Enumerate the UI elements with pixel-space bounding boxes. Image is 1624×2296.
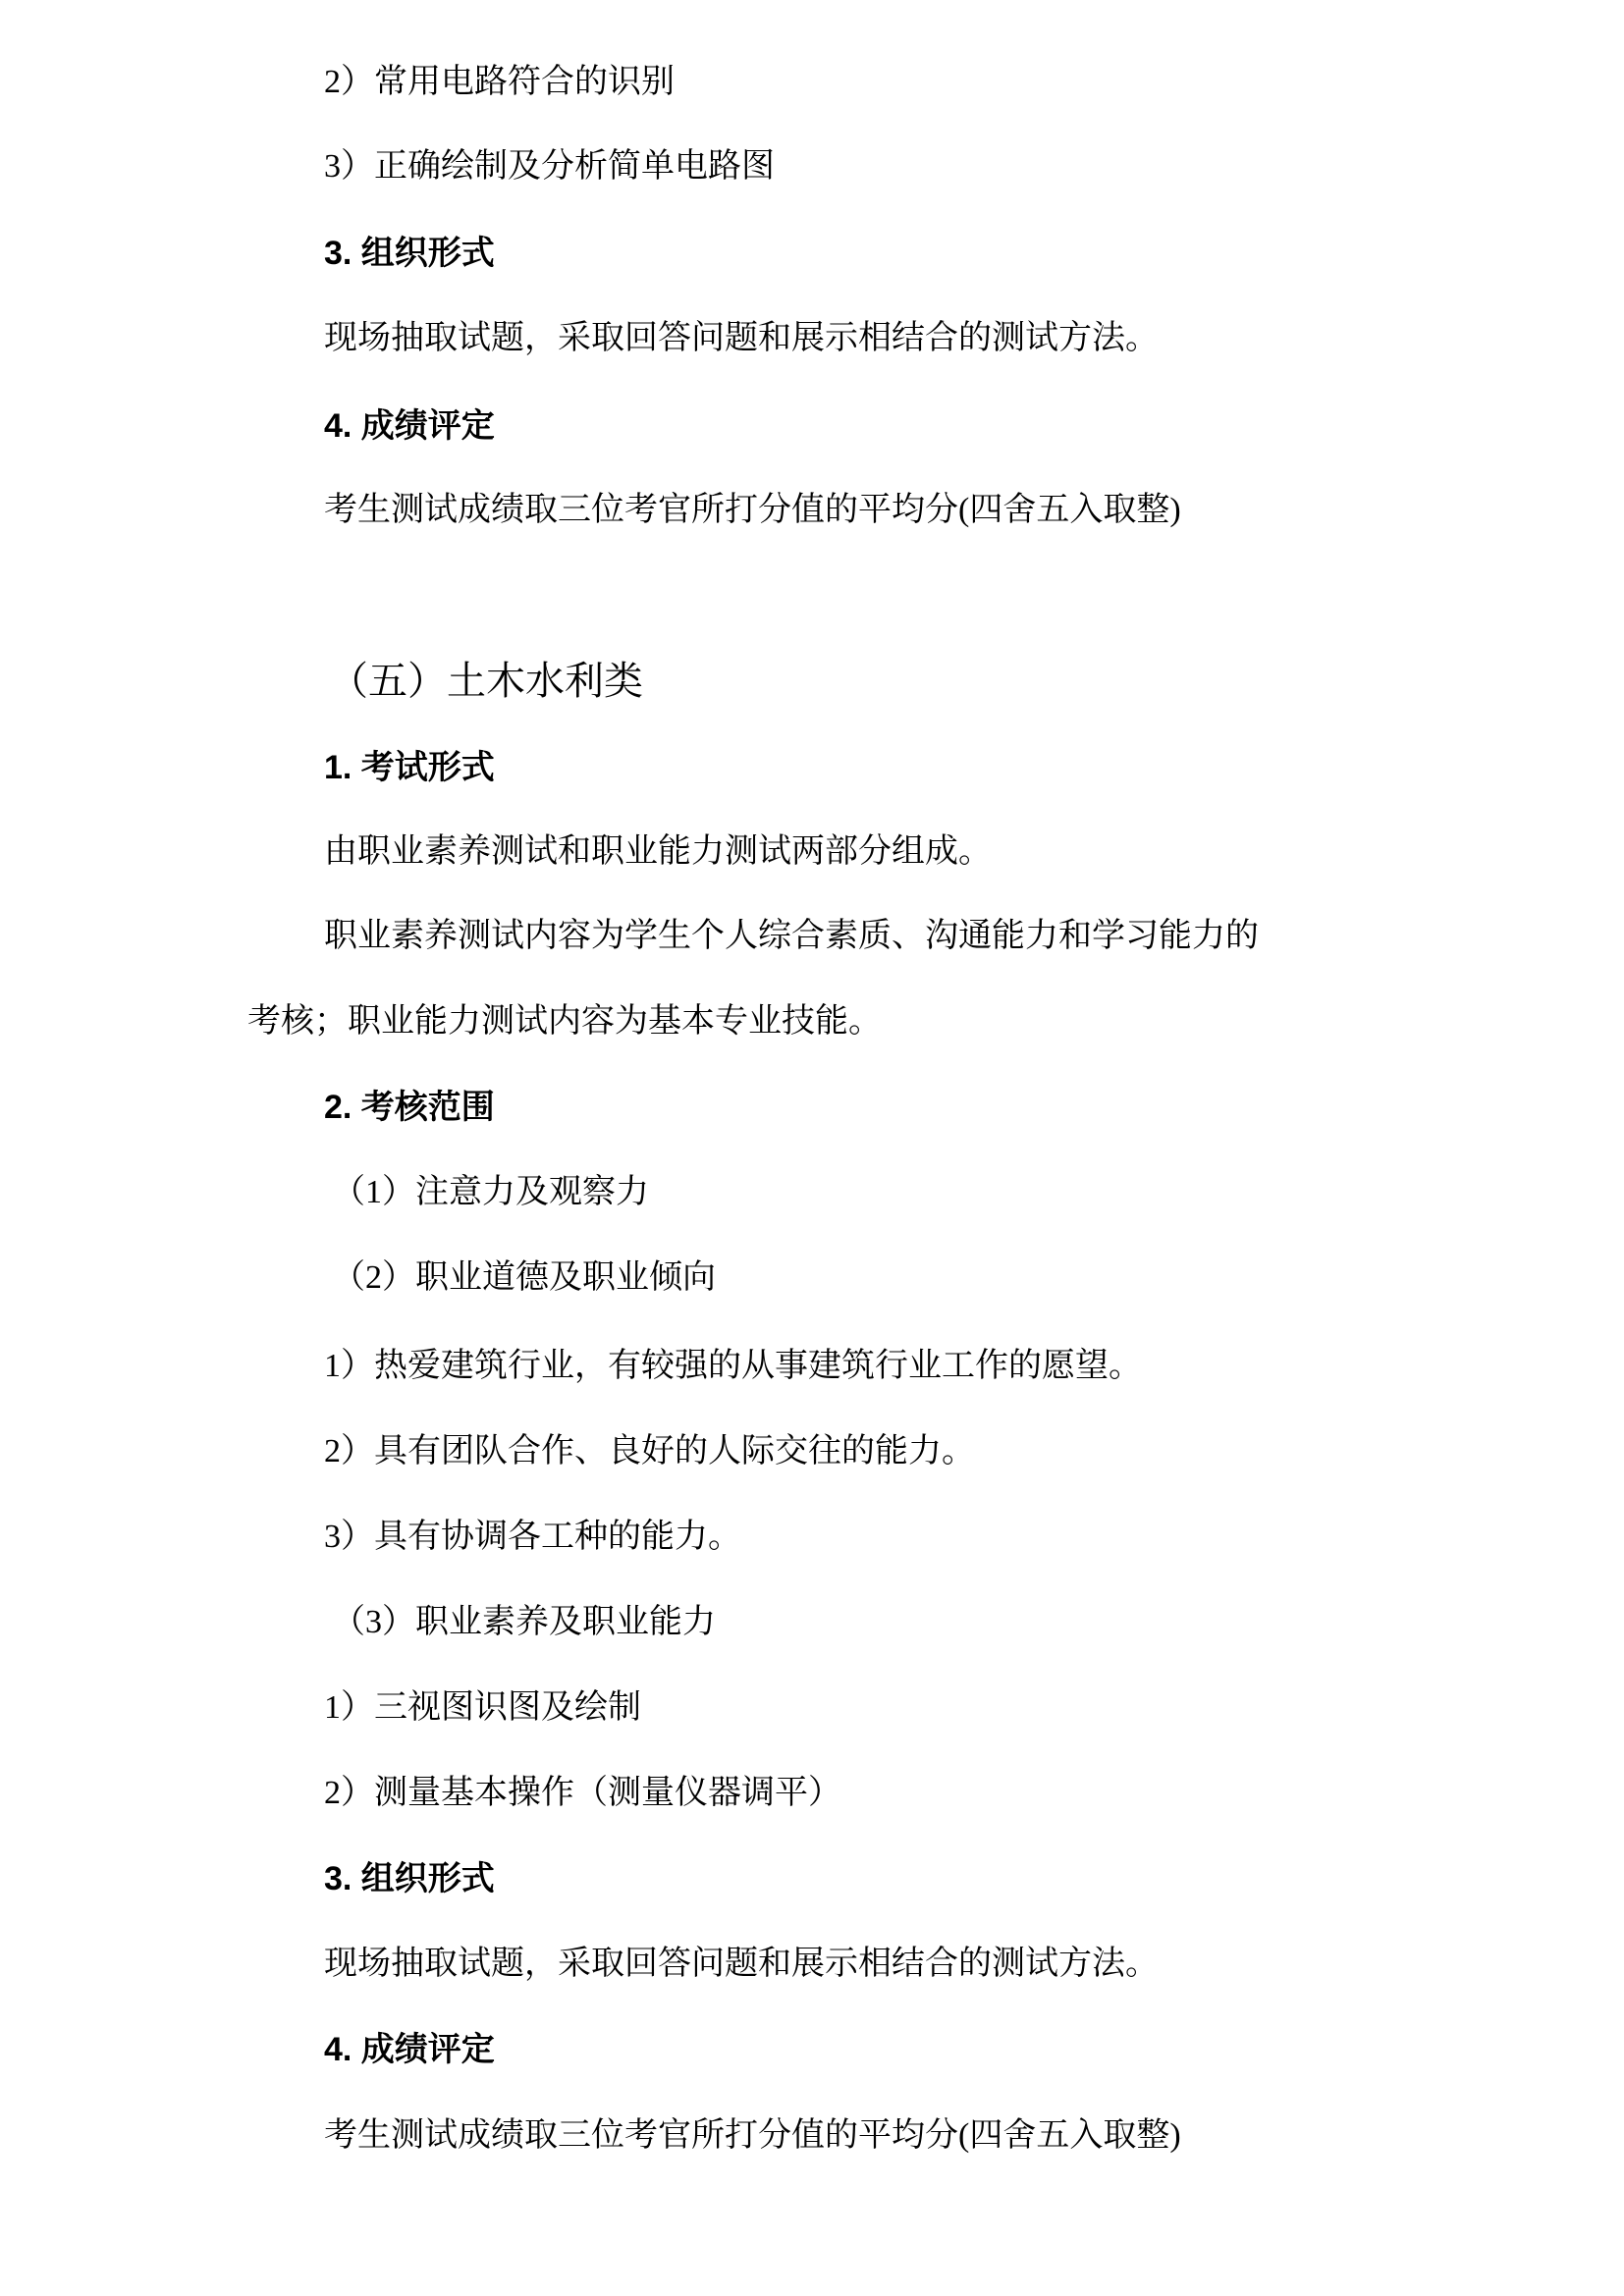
list-item: 2）具有团队合作、良好的人际交往的能力。: [324, 1432, 975, 1471]
paragraph: 现场抽取试题，采取回答问题和展示相结合的测试方法。: [324, 319, 1159, 358]
section-heading-organization: 3. 组织形式: [324, 1859, 495, 1898]
list-item: （2）职业道德及职业倾向: [332, 1258, 716, 1298]
paragraph: 考核；职业能力测试内容为基本专业技能。: [247, 1002, 882, 1041]
list-item: （3）职业素养及职业能力: [332, 1603, 716, 1642]
section-heading-grading: 4. 成绩评定: [324, 2030, 495, 2069]
paragraph: 考生测试成绩取三位考官所打分值的平均分(四舍五入取整): [324, 2116, 1181, 2156]
section-heading-organization: 3. 组织形式: [324, 234, 495, 273]
paragraph: 考生测试成绩取三位考官所打分值的平均分(四舍五入取整): [324, 491, 1181, 530]
paragraph: 职业素养测试内容为学生个人综合素质、沟通能力和学习能力的: [324, 917, 1259, 956]
paragraph: 由职业素养测试和职业能力测试两部分组成。: [324, 832, 992, 872]
paragraph: 现场抽取试题，采取回答问题和展示相结合的测试方法。: [324, 1945, 1159, 1984]
list-item: 3）具有协调各工种的能力。: [324, 1518, 741, 1557]
section-heading-scope: 2. 考核范围: [324, 1088, 495, 1127]
list-item: 3）正确绘制及分析简单电路图: [324, 147, 775, 187]
section-heading-grading: 4. 成绩评定: [324, 406, 495, 446]
list-item: 1）热爱建筑行业，有较强的从事建筑行业工作的愿望。: [324, 1347, 1142, 1386]
list-item: 1）三视图识图及绘制: [324, 1688, 641, 1728]
list-item: 2）常用电路符合的识别: [324, 63, 675, 102]
list-item: （1）注意力及观察力: [332, 1173, 649, 1212]
section-heading-exam-form: 1. 考试形式: [324, 748, 495, 787]
chapter-title: （五）土木水利类: [329, 659, 643, 704]
list-item: 2）测量基本操作（测量仪器调平）: [324, 1774, 841, 1813]
